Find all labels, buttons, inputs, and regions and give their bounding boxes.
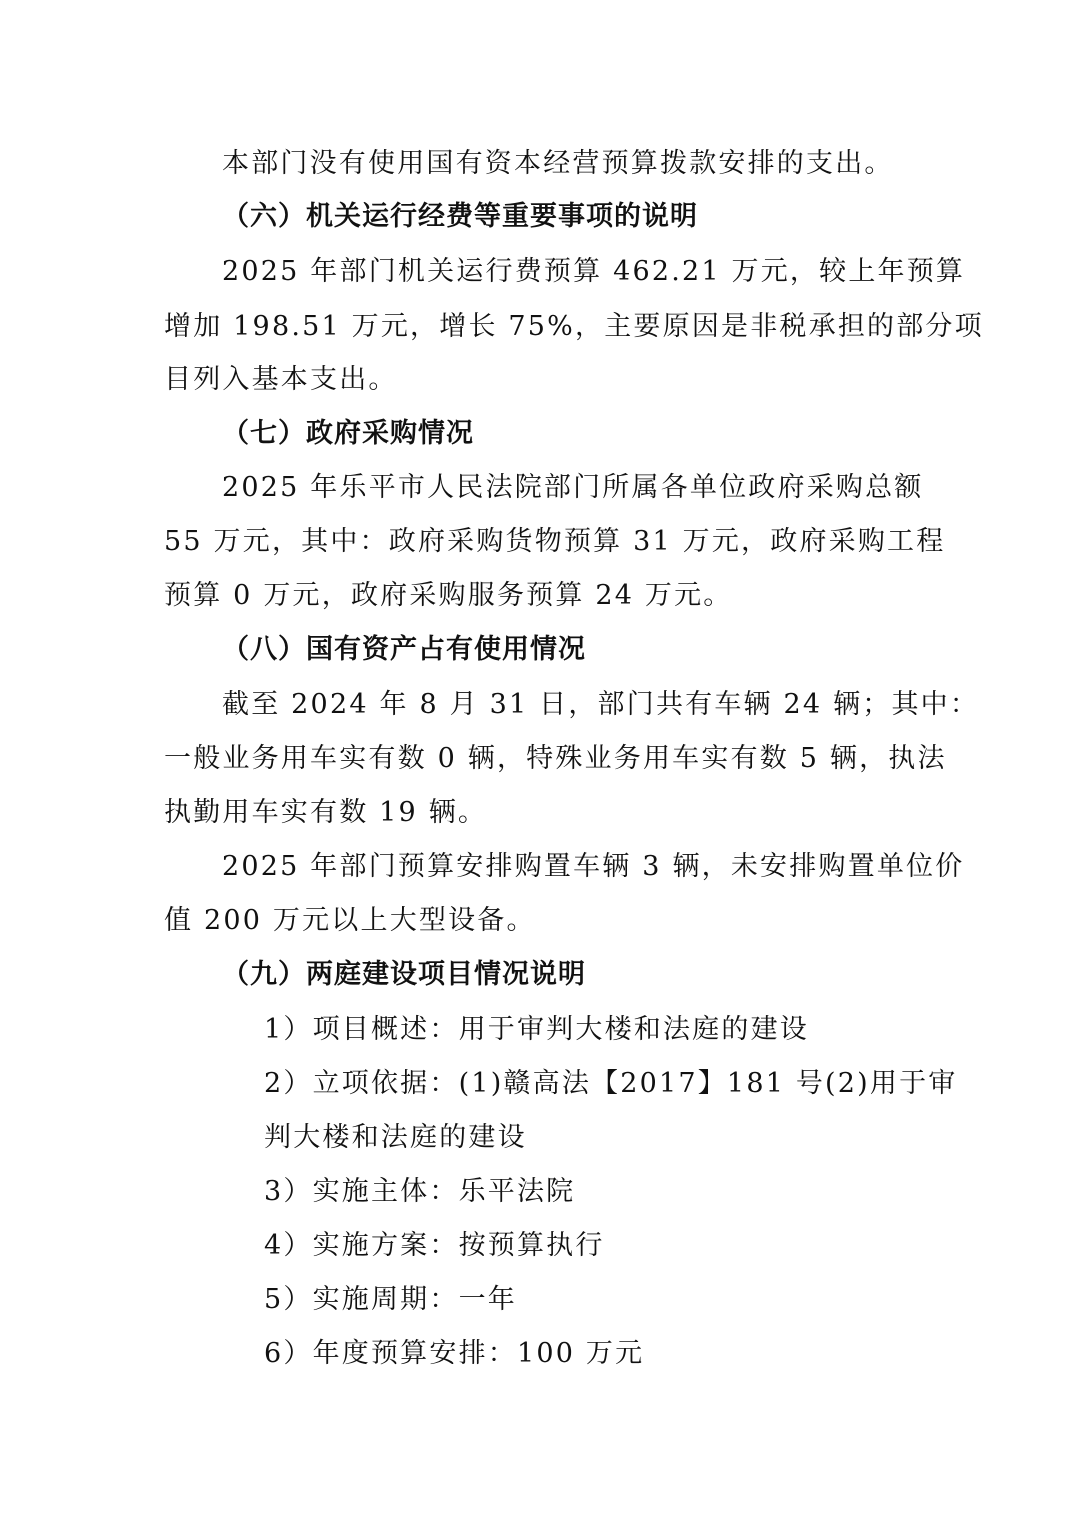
- section-7-heading: （七）政府采购情况: [222, 416, 474, 452]
- section-8-line: 2025 年部门预算安排购置车辆 3 辆，未安排购置单位价: [222, 849, 964, 885]
- section-8-line: 截至 2024 年 8 月 31 日，部门共有车辆 24 辆；其中：: [222, 687, 979, 723]
- section-9-item: 3）实施主体：乐平法院: [264, 1174, 575, 1210]
- section-6-line: 2025 年部门机关运行费预算 462.21 万元，较上年预算: [222, 254, 965, 290]
- section-9-heading: （九）两庭建设项目情况说明: [222, 957, 586, 993]
- section-9-item: 4）实施方案：按预算执行: [264, 1228, 605, 1264]
- section-9-item: 5）实施周期：一年: [264, 1282, 517, 1318]
- section-8-line: 值 200 万元以上大型设备。: [164, 903, 536, 939]
- section-9-item: 1）项目概述：用于审判大楼和法庭的建设: [264, 1012, 809, 1048]
- paragraph-state-capital: 本部门没有使用国有资本经营预算拨款安排的支出。: [222, 146, 894, 182]
- section-8-line: 执勤用车实有数 19 辆。: [164, 795, 487, 831]
- section-7-line: 55 万元，其中：政府采购货物预算 31 万元，政府采购工程: [164, 524, 945, 560]
- section-9-item: 判大楼和法庭的建设: [264, 1120, 527, 1156]
- section-6-line: 增加 198.51 万元，增长 75%，主要原因是非税承担的部分项: [164, 309, 984, 345]
- section-6-heading: （六）机关运行经费等重要事项的说明: [222, 199, 698, 235]
- section-7-line: 2025 年乐平市人民法院部门所属各单位政府采购总额: [222, 470, 924, 506]
- section-8-heading: （八）国有资产占有使用情况: [222, 632, 586, 668]
- section-7-line: 预算 0 万元，政府采购服务预算 24 万元。: [164, 578, 732, 614]
- section-9-item: 2）立项依据：(1)赣高法【2017】181 号(2)用于审: [264, 1066, 958, 1102]
- section-8-line: 一般业务用车实有数 0 辆，特殊业务用车实有数 5 辆，执法: [164, 741, 947, 777]
- section-6-line: 目列入基本支出。: [164, 362, 398, 398]
- section-9-item: 6）年度预算安排：100 万元: [264, 1336, 644, 1372]
